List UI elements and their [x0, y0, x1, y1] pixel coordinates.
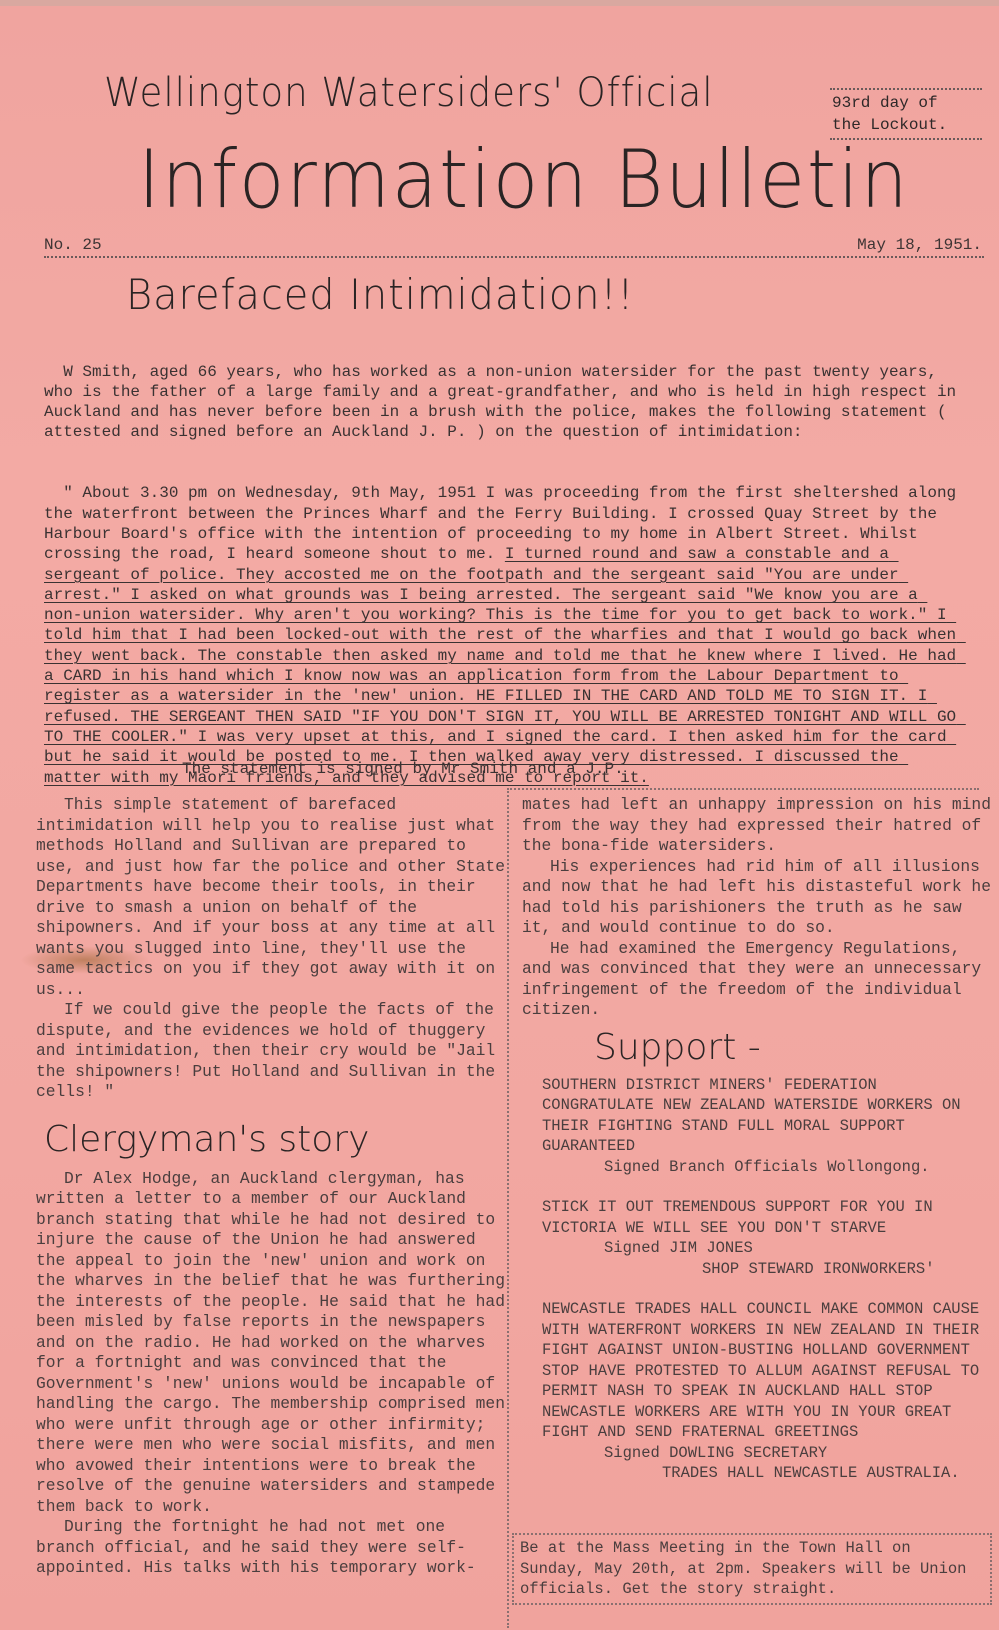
masthead-title: Information Bulletin [138, 140, 910, 220]
telegram-signature: Signed Branch Officials Wollongong. [604, 1157, 992, 1178]
lockout-line1: 93rd day of [832, 92, 982, 114]
lead-intro-text: W Smith, aged 66 years, who has worked a… [44, 363, 966, 442]
telegram-newcastle: NEWCASTLE TRADES HALL COUNCIL MAKE COMMO… [542, 1299, 992, 1484]
bulletin-page: Wellington Watersiders' Official Informa… [0, 0, 999, 1630]
statement-signed-line: The statement is signed by Mr Smith and … [182, 760, 624, 778]
left-para-1: This simple statement of barefaced intim… [36, 795, 506, 1000]
lead-article: W Smith, aged 66 years, who has worked a… [44, 321, 964, 828]
issue-info-row: No. 25 May 18, 1951. [44, 234, 984, 258]
lockout-day-box: 93rd day of the Lockout. [830, 88, 982, 140]
telegram-body: NEWCASTLE TRADES HALL COUNCIL MAKE COMMO… [542, 1299, 992, 1443]
paper-edge [0, 0, 999, 6]
telegram-body: SOUTHERN DISTRICT MINERS' FEDERATION CON… [542, 1075, 992, 1157]
telegram-body: STICK IT OUT TREMENDOUS SUPPORT FOR YOU … [542, 1197, 992, 1238]
column-divider [507, 788, 509, 1628]
right-para-3: He had examined the Emergency Regulation… [522, 939, 992, 1021]
telegram-signature: Signed JIM JONES [604, 1238, 992, 1259]
left-para-2: If we could give the people the facts of… [36, 1000, 506, 1103]
column-top-divider [507, 788, 979, 790]
issue-date: May 18, 1951. [857, 236, 982, 254]
statement-underlined: I turned round and saw a constable and a… [44, 545, 966, 786]
headline: Barefaced Intimidation!! [126, 270, 634, 319]
support-heading: Support - [594, 1027, 992, 1069]
telegram-signature-title: TRADES HALL NEWCASTLE AUSTRALIA. [662, 1463, 992, 1484]
telegram-signature: Signed DOWLING SECRETARY [604, 1443, 992, 1464]
telegram-wollongong: SOUTHERN DISTRICT MINERS' FEDERATION CON… [542, 1075, 992, 1178]
mass-meeting-notice: Be at the Mass Meeting in the Town Hall … [512, 1533, 992, 1605]
left-column: This simple statement of barefaced intim… [36, 795, 506, 1579]
lockout-line2: the Lockout. [832, 114, 982, 136]
lead-intro: W Smith, aged 66 years, who has worked a… [44, 362, 964, 443]
lead-statement: " About 3.30 pm on Wednesday, 9th May, 1… [44, 483, 964, 787]
masthead-line1: Wellington Watersiders' Official [104, 70, 714, 116]
clergyman-heading: Clergyman's story [44, 1119, 506, 1161]
left-para-4: During the fortnight he had not met one … [36, 1517, 506, 1579]
telegram-victoria: STICK IT OUT TREMENDOUS SUPPORT FOR YOU … [542, 1197, 992, 1279]
left-para-3: Dr Alex Hodge, an Auckland clergyman, ha… [36, 1169, 506, 1518]
telegram-signature-title: SHOP STEWARD IRONWORKERS' [702, 1259, 992, 1280]
issue-number: No. 25 [44, 236, 102, 254]
right-para-1: mates had left an unhappy impression on … [522, 795, 992, 857]
right-para-2: His experiences had rid him of all illus… [522, 857, 992, 939]
right-column: mates had left an unhappy impression on … [522, 795, 992, 1484]
